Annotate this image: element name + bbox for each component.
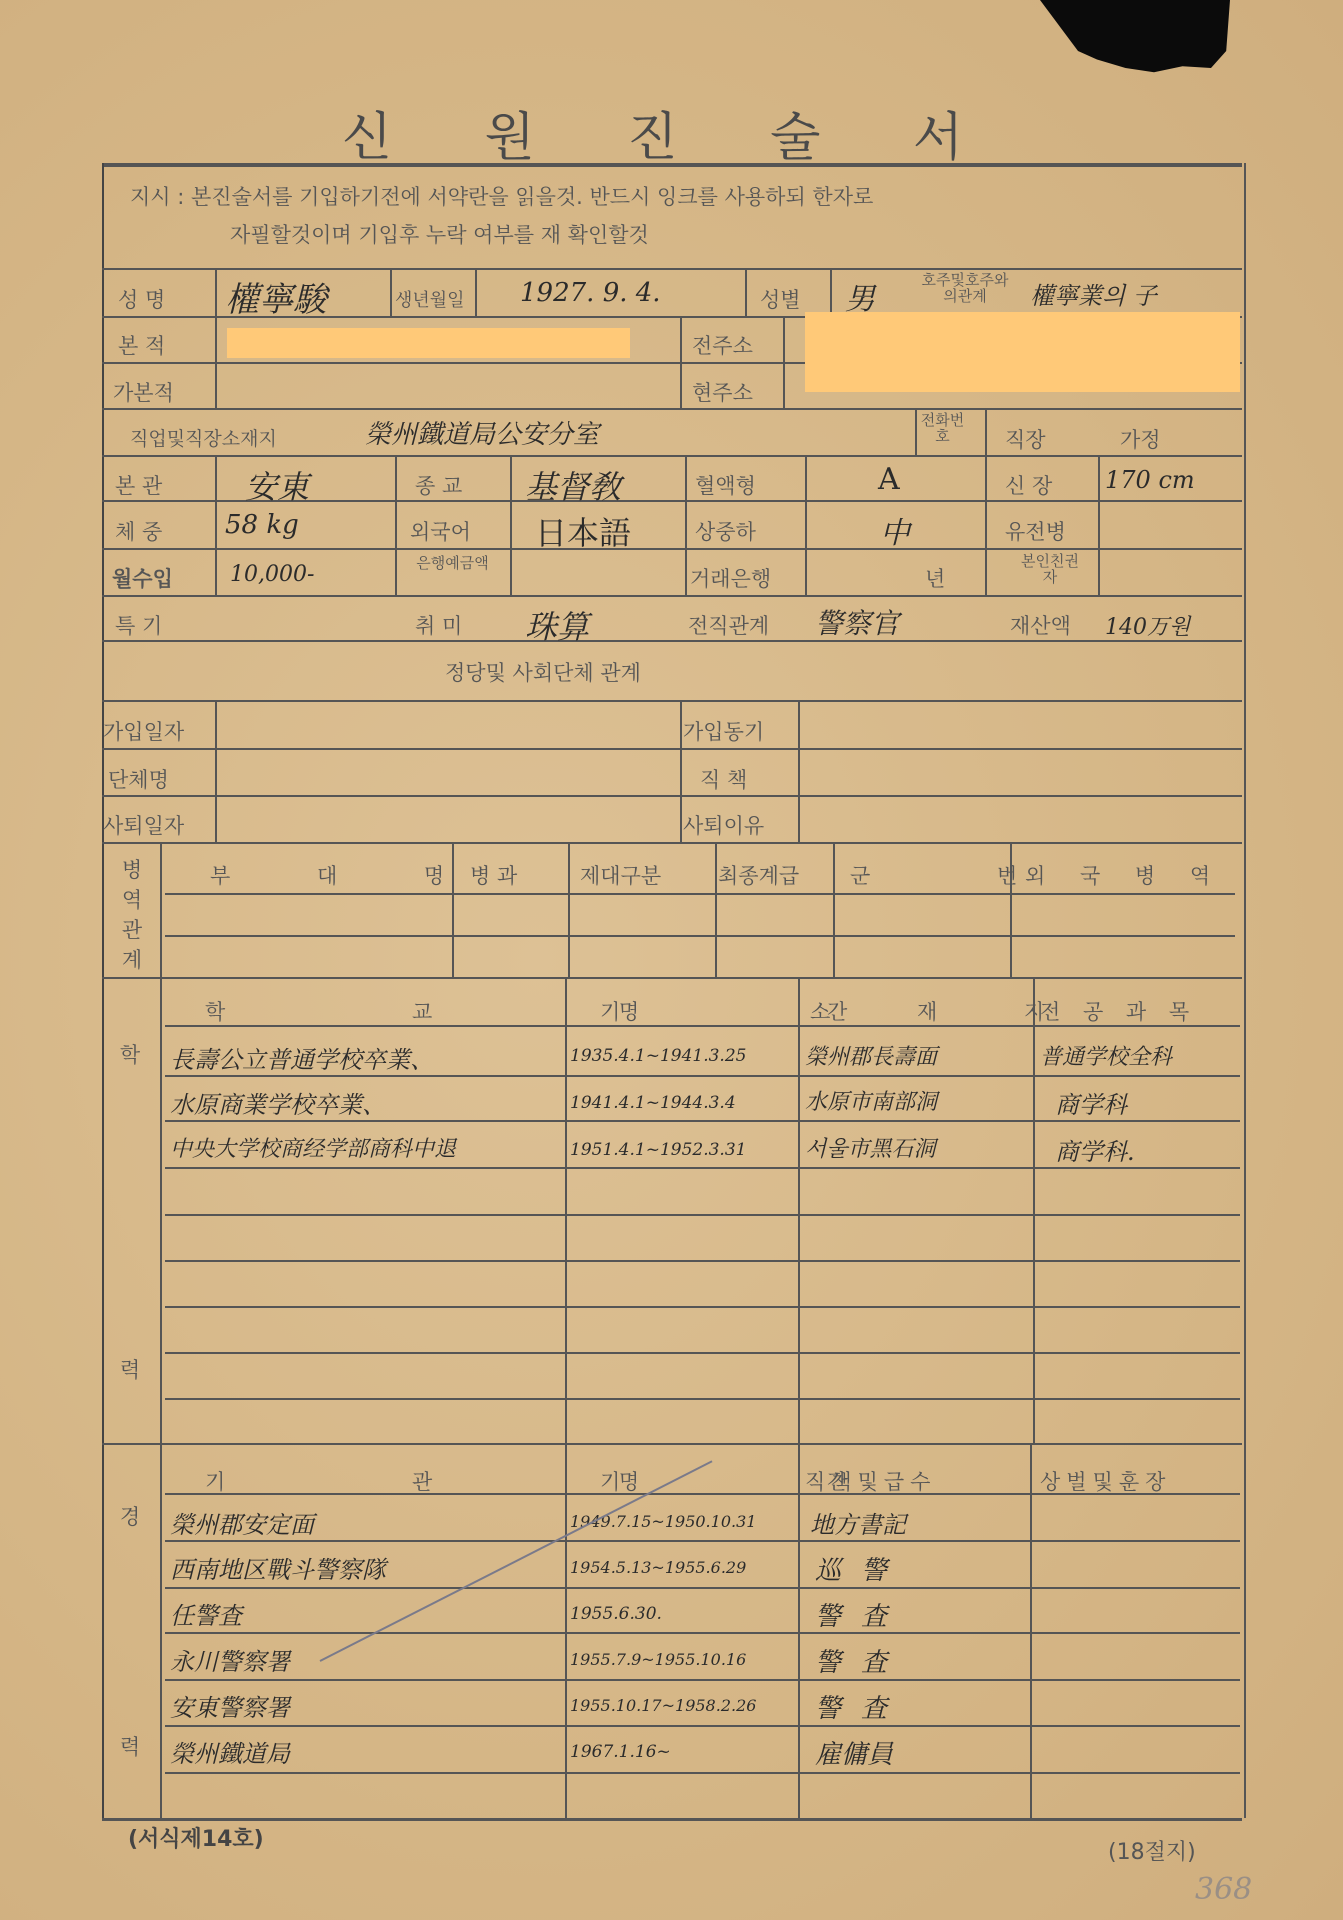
phone-home-label: 가정 [1120,424,1161,454]
education-side-label-bottom: 력 [118,1355,142,1385]
redacted-domicile [227,328,630,358]
birth-field[interactable]: 1927. 9. 4. [520,278,661,308]
career-row-3-position[interactable]: 警査 [815,1596,907,1633]
hobby-label: 취 미 [415,610,462,640]
career-row-5-org[interactable]: 安東警察署 [170,1688,290,1723]
occupation-label: 직업및직장소재지 [130,424,277,451]
col-divider [565,1443,567,1818]
org-name-label: 단체명 [108,764,169,794]
career-row-4-org[interactable]: 永川警察署 [170,1642,290,1677]
career-row-6-org[interactable]: 榮州鐵道局 [170,1734,290,1769]
class-label: 상중하 [695,516,756,546]
row-divider [165,935,1235,937]
career-row-3-period[interactable]: 1955.6.30. [570,1604,662,1624]
domicile-label: 본 적 [118,330,165,360]
religion-field[interactable]: 基督敎 [525,462,621,508]
col-divider [833,842,835,977]
household-field[interactable]: 權寧業의 子 [1030,276,1157,311]
edu-row-3-major[interactable]: 商学科. [1055,1132,1135,1167]
col-divider [1033,977,1035,1443]
edu-row-2-period[interactable]: 1941.4.1~1944.3.4 [570,1093,736,1113]
col-divider [160,842,162,977]
instructions: 지시 : 본진술서를 기입하기전에 서약란을 읽을것. 반드시 잉크를 사용하되… [130,178,873,254]
row-divider [165,1725,1240,1727]
col-divider [1098,455,1100,595]
col-divider [395,455,397,595]
provisional-domicile-label: 가본적 [113,377,174,407]
col-divider [215,455,217,595]
row-divider [165,1167,1240,1169]
row-divider [165,1306,1240,1308]
row-divider [165,1120,1240,1122]
mil-header-unit: 부 대 명 [210,860,484,890]
col-divider [680,316,682,408]
position-label: 직 책 [700,764,747,794]
career-row-1-org[interactable]: 榮州郡安定面 [170,1505,314,1540]
career-header-position: 직책및급수 [805,1466,936,1496]
edu-row-2-location[interactable]: 水原市南部洞 [805,1085,937,1116]
mil-header-branch: 병 과 [470,860,517,890]
career-side-label-top: 경 [118,1502,142,1532]
edu-row-3-location[interactable]: 서울市黑石洞 [805,1132,936,1163]
col-divider [215,700,217,842]
form-size: (18절지) [1108,1835,1196,1866]
col-divider [685,455,687,595]
row-divider [165,1398,1240,1400]
bank-year-label: 년 [925,563,945,593]
side-char: 계 [120,945,144,975]
col-divider [798,700,800,842]
form-bottom-border [102,1818,1242,1821]
deposit-label: 은행예금액 [410,555,495,571]
career-row-2-org[interactable]: 西南地区戰斗警察隊 [170,1550,386,1585]
row-divider [102,1443,1242,1445]
career-row-6-position[interactable]: 雇傭員 [815,1734,893,1771]
edu-row-2-major[interactable]: 商学科 [1055,1085,1127,1120]
col-divider [830,268,832,316]
row-divider [102,842,1242,844]
col-divider [915,408,917,455]
edu-row-1-period[interactable]: 1935.4.1~1941.3.25 [570,1046,746,1066]
instructions-line-1: 지시 : 본진술서를 기입하기전에 서약란을 읽을것. 반드시 잉크를 사용하되… [130,178,873,216]
career-row-6-period[interactable]: 1967.1.16~ [570,1742,671,1762]
income-label: 월수입 [112,563,173,593]
row-divider [102,977,1242,979]
leave-reason-label: 사퇴이유 [683,810,764,840]
edu-row-3-period[interactable]: 1951.4.1~1952.3.31 [570,1140,746,1160]
blood-field[interactable]: A [878,462,900,497]
row-divider [165,1679,1240,1681]
col-divider [215,268,217,408]
language-field[interactable]: 日本語 [535,508,631,554]
col-divider [568,842,570,977]
career-row-5-period[interactable]: 1955.10.17~1958.2.26 [570,1696,756,1715]
page-number: 368 [1195,1872,1252,1907]
row-divider [165,1214,1240,1216]
party-heading: 정당및 사회단체 관계 [445,657,641,687]
edu-row-2-school[interactable]: 水原商業学校卒業、 [170,1085,386,1120]
col-divider [160,1443,162,1818]
row-divider [102,548,1242,550]
document-title: 신 원 진 술 서 [0,95,1343,170]
career-side-label-bottom: 력 [118,1732,142,1762]
career-row-1-position[interactable]: 地方書記 [810,1505,906,1540]
col-divider [1030,1443,1032,1818]
join-date-label: 가입일자 [103,716,184,746]
col-divider [680,700,682,842]
prev-job-label: 전직관계 [688,610,769,640]
col-divider [510,455,512,595]
prev-job-field[interactable]: 警察官 [815,602,899,642]
instructions-line-2: 자필할것이며 기입후 누락 여부를 재 확인할것 [130,216,873,254]
row-divider [165,1075,1240,1077]
class-field[interactable]: 中 [880,508,910,552]
career-row-4-period[interactable]: 1955.7.9~1955.10.16 [570,1650,746,1669]
height-field[interactable]: 170 cm [1105,466,1195,494]
col-divider [985,408,987,596]
leave-date-label: 사퇴일자 [103,810,184,840]
religion-label: 종 교 [415,470,462,500]
income-field[interactable]: 10,000- [230,562,314,587]
row-divider [165,1540,1240,1542]
col-divider [783,316,785,408]
blood-label: 혈액형 [695,470,756,500]
clan-field[interactable]: 安東 [245,462,309,508]
row-divider [165,1587,1240,1589]
hobby-field[interactable]: 珠算 [525,602,589,648]
assets-label: 재산액 [1010,610,1071,640]
col-divider [160,977,162,1443]
career-row-3-org[interactable]: 任警査 [170,1596,242,1631]
col-divider [715,842,717,977]
special-skill-label: 특 기 [115,610,162,640]
military-side-label: 병 역 관 계 [120,855,144,975]
weight-field[interactable]: 58 kg [225,510,299,540]
col-divider [745,268,747,316]
mil-header-discharge: 제대구분 [580,860,661,890]
hereditary-label: 유전병 [1005,516,1066,546]
career-row-2-period[interactable]: 1954.5.13~1955.6.29 [570,1558,746,1577]
row-divider [165,1632,1240,1634]
career-row-1-period[interactable]: 1949.7.15~1950.10.31 [570,1512,756,1531]
household-label: 호주및호주와의관계 [920,272,1010,304]
weight-label: 체 중 [115,516,162,546]
row-divider [165,893,1235,895]
edu-row-1-location[interactable]: 榮州郡長壽面 [805,1040,937,1071]
occupation-field[interactable]: 榮州鐵道局公安分室 [365,414,599,451]
row-divider [102,795,1242,797]
birth-label: 생년월일 [395,286,465,312]
education-side-label-top: 학 [118,1040,142,1070]
sex-label: 성별 [760,284,801,314]
edu-row-1-school[interactable]: 長壽公立普通学校卒業、 [170,1040,434,1075]
col-divider [475,268,477,316]
row-divider [102,700,1242,702]
career-row-4-position[interactable]: 警査 [815,1642,907,1679]
row-divider [102,268,1242,270]
phone-label: 전화번호 [920,412,965,444]
prev-address-label: 전주소 [692,330,753,360]
guarantor-label: 본인친권자 [1015,553,1085,585]
height-label: 신 장 [1005,470,1052,500]
name-label: 성 명 [118,284,165,314]
current-address-label: 현주소 [692,377,753,407]
join-motive-label: 가입동기 [683,716,764,746]
form-number: (서식제14호) [128,1822,264,1853]
edu-row-1-major[interactable]: 普通学校全科 [1040,1040,1172,1071]
side-char: 관 [120,915,144,945]
col-divider [805,455,807,595]
row-divider [102,748,1242,750]
col-divider [798,977,800,1443]
side-char: 역 [120,885,144,915]
side-char: 병 [120,855,144,885]
name-field[interactable]: 權寧駿 [225,272,327,321]
career-row-5-position[interactable]: 警査 [815,1688,907,1725]
row-divider [165,1493,1240,1495]
edu-row-3-school[interactable]: 中央大学校商经学部商科中退 [170,1132,456,1163]
row-divider [102,455,1242,457]
col-divider [798,1443,800,1818]
clan-label: 본 관 [115,470,162,500]
col-divider [390,268,392,316]
career-row-2-position[interactable]: 巡警 [815,1550,907,1587]
mil-header-foreign: 외 국 병 역 [1025,860,1224,890]
career-header-award: 상벌및훈장 [1040,1466,1171,1496]
row-divider [102,408,1242,410]
row-divider [165,1025,1240,1027]
redacted-address [805,312,1240,392]
col-divider [565,977,567,1443]
row-divider [165,1260,1240,1262]
row-divider [102,640,1242,642]
edu-header-major: 전 공 과 목 [1040,996,1197,1026]
row-divider [165,1352,1240,1354]
assets-field[interactable]: 140万원 [1105,610,1190,641]
language-label: 외국어 [410,516,471,546]
row-divider [165,1772,1240,1774]
phone-work-label: 직장 [1005,424,1046,454]
row-divider [102,595,1242,597]
bank-label: 거래은행 [690,563,771,593]
mil-header-rank: 최종계급 [718,860,799,890]
